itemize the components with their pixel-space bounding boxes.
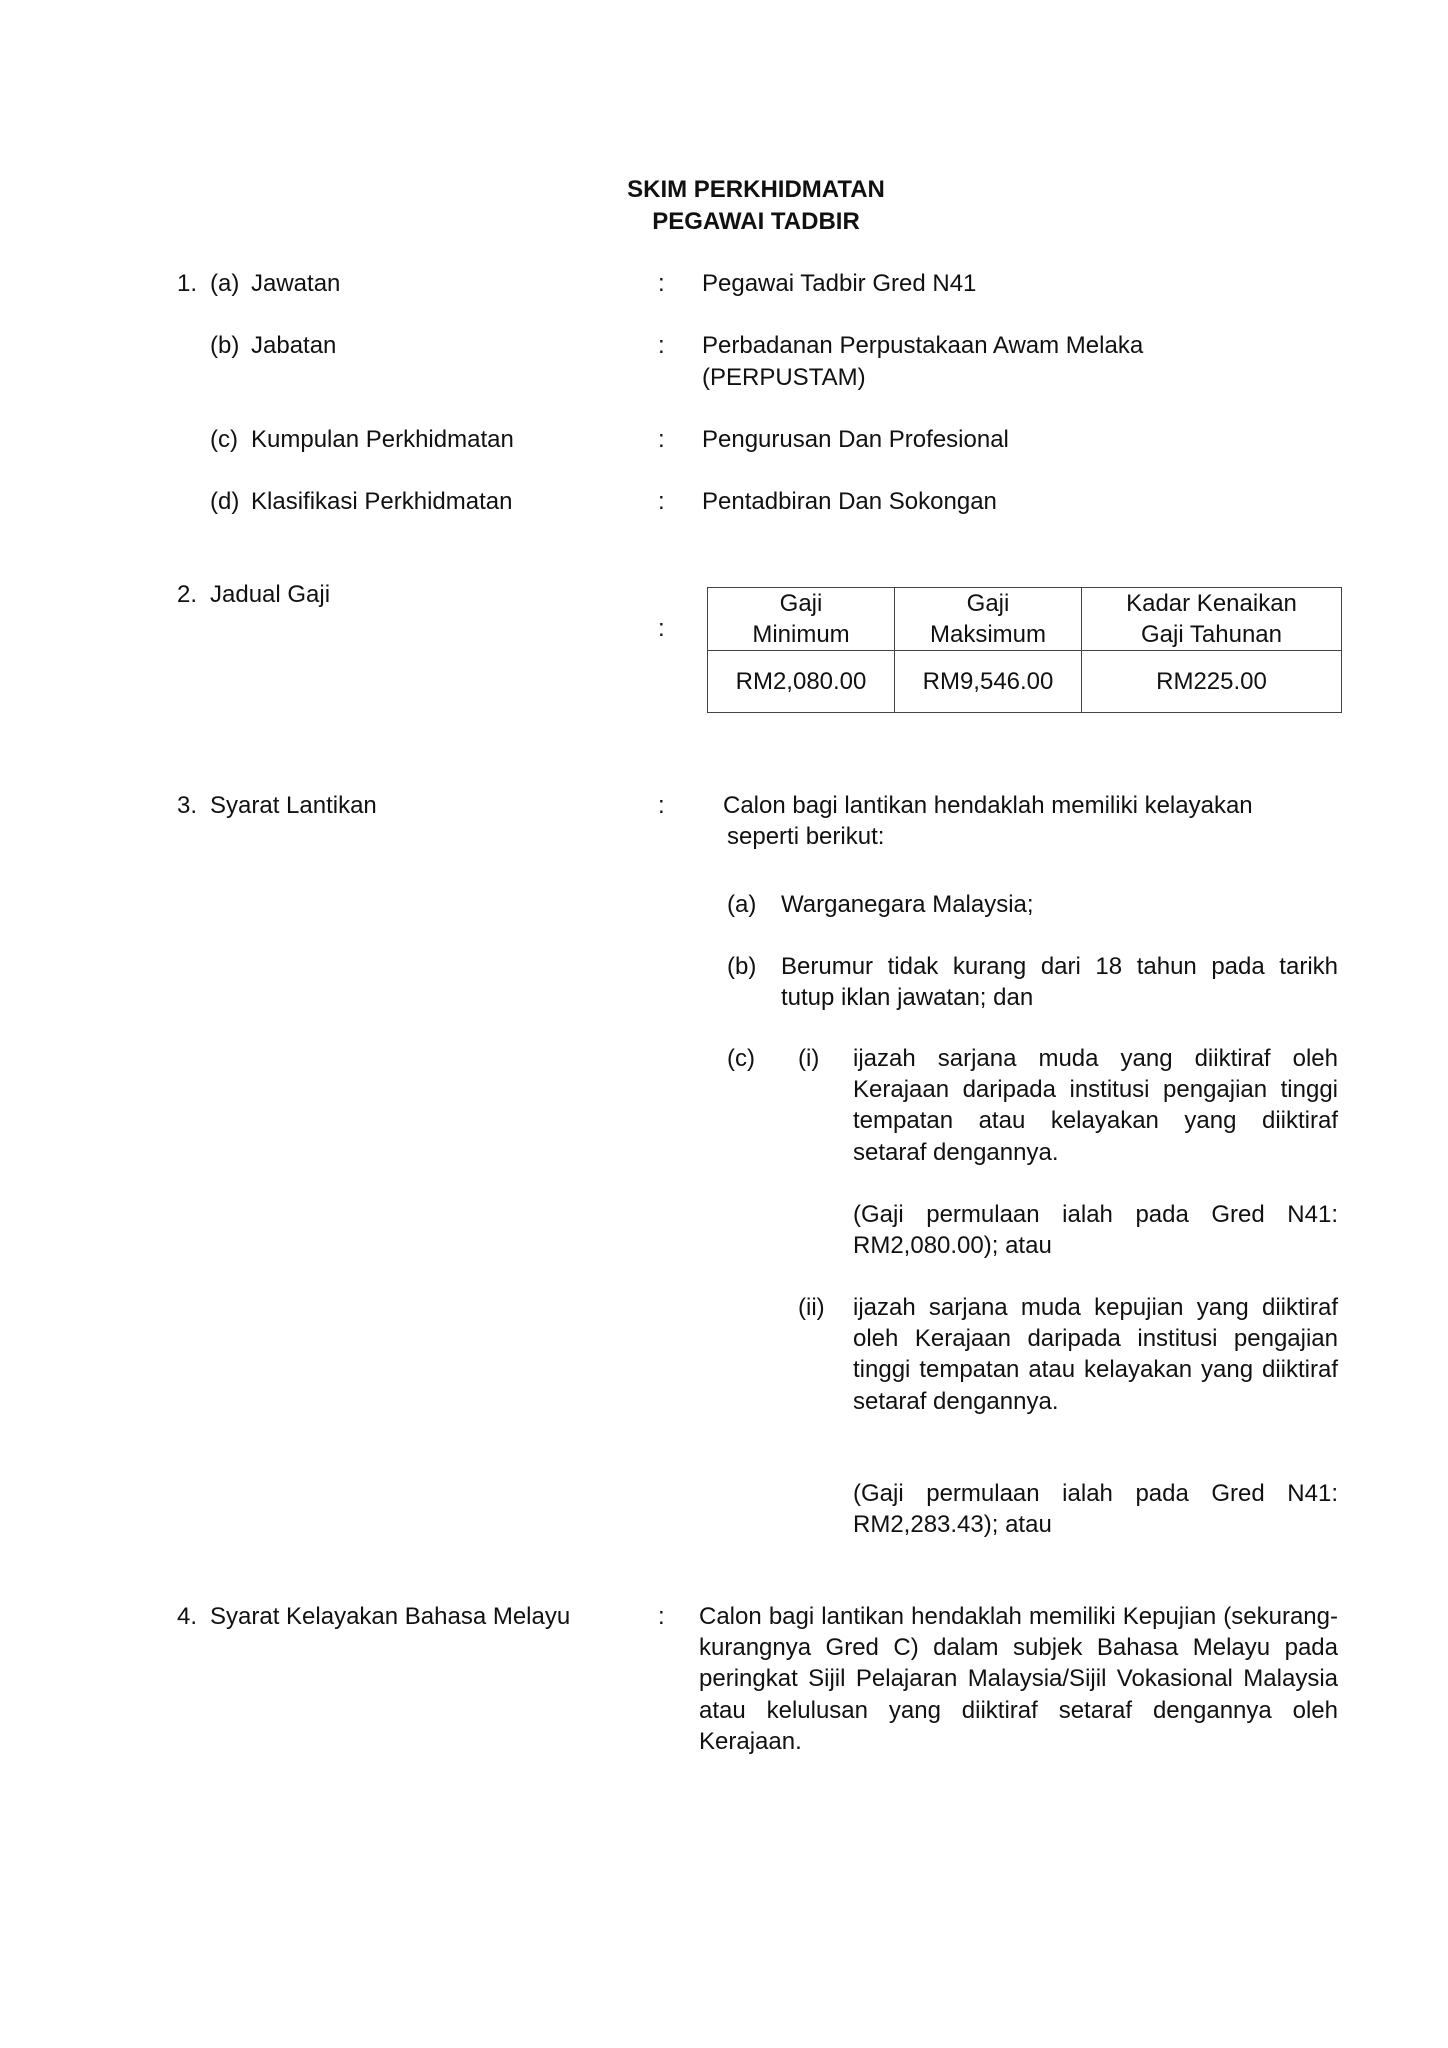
field-label-jabatan: Jabatan	[251, 330, 336, 362]
salary-note-c-ii: (Gaji permulaan ialah pada Gred N41: RM2…	[853, 1478, 1338, 1540]
section-number: 4.	[177, 1601, 197, 1633]
field-value-jawatan: Pegawai Tadbir Gred N41	[702, 268, 976, 300]
item-marker: (c)	[210, 424, 238, 456]
field-value-jabatan-line2: (PERPUSTAM)	[702, 362, 866, 394]
sub-item-marker: (i)	[798, 1043, 819, 1075]
section-label-syarat-lantikan: Syarat Lantikan	[210, 790, 377, 822]
header-text: Gaji	[780, 590, 823, 617]
colon: :	[658, 1601, 665, 1633]
item-marker: (b)	[210, 330, 239, 362]
intro-line2: seperti berikut:	[727, 821, 884, 853]
document-title-line2: PEGAWAI TADBIR	[0, 206, 1448, 238]
colon: :	[658, 486, 665, 518]
colon: :	[658, 790, 665, 822]
item-marker: (c)	[727, 1043, 755, 1075]
field-label-jawatan: Jawatan	[251, 268, 340, 300]
item-marker: (a)	[210, 268, 239, 300]
cell-gaji-maksimum: RM9,546.00	[895, 651, 1082, 713]
header-gaji-maksimum: Gaji Maksimum	[895, 588, 1082, 651]
header-text: Gaji Tahunan	[1141, 621, 1282, 648]
sub-item-marker: (ii)	[798, 1292, 825, 1324]
section-number: 1.	[177, 268, 197, 300]
item-marker: (a)	[727, 889, 756, 921]
colon: :	[658, 268, 665, 300]
header-text: Maksimum	[930, 621, 1046, 648]
cell-kadar-kenaikan: RM225.00	[1082, 651, 1342, 713]
header-text: Minimum	[752, 621, 849, 648]
field-value-klasifikasi: Pentadbiran Dan Sokongan	[702, 486, 997, 518]
header-kadar-kenaikan: Kadar Kenaikan Gaji Tahunan	[1082, 588, 1342, 651]
colon: :	[658, 330, 665, 362]
field-label-klasifikasi: Klasifikasi Perkhidmatan	[251, 486, 512, 518]
document-title-line1: SKIM PERKHIDMATAN	[0, 174, 1448, 206]
requirement-a: Warganegara Malaysia;	[781, 889, 1034, 921]
item-marker: (d)	[210, 486, 239, 518]
header-text: Kadar Kenaikan	[1126, 590, 1297, 617]
section-number: 2.	[177, 579, 197, 611]
table-header-row: Gaji Minimum Gaji Maksimum Kadar Kenaika…	[708, 588, 1342, 651]
salary-note-c-i: (Gaji permulaan ialah pada Gred N41: RM2…	[853, 1199, 1338, 1261]
section-label-bahasa-melayu: Syarat Kelayakan Bahasa Melayu	[210, 1601, 570, 1633]
section-number: 3.	[177, 790, 197, 822]
header-text: Gaji	[967, 590, 1010, 617]
field-value-kumpulan: Pengurusan Dan Profesional	[702, 424, 1009, 456]
field-label-kumpulan: Kumpulan Perkhidmatan	[251, 424, 514, 456]
requirement-c-i: ijazah sarjana muda yang diiktiraf oleh …	[853, 1043, 1338, 1168]
header-gaji-minimum: Gaji Minimum	[708, 588, 895, 651]
item-marker: (b)	[727, 951, 756, 983]
colon: :	[658, 613, 665, 645]
table-row: RM2,080.00 RM9,546.00 RM225.00	[708, 651, 1342, 713]
bahasa-melayu-requirement: Calon bagi lantikan hendaklah memiliki K…	[699, 1601, 1338, 1757]
section-label-jadual-gaji: Jadual Gaji	[210, 579, 330, 611]
cell-gaji-minimum: RM2,080.00	[708, 651, 895, 713]
requirement-c-ii: ijazah sarjana muda kepujian yang diikti…	[853, 1292, 1338, 1417]
intro-line1: Calon bagi lantikan hendaklah memiliki k…	[723, 790, 1253, 822]
requirement-b: Berumur tidak kurang dari 18 tahun pada …	[781, 951, 1338, 1013]
field-value-jabatan: Perbadanan Perpustakaan Awam Melaka	[702, 330, 1143, 362]
salary-table: Gaji Minimum Gaji Maksimum Kadar Kenaika…	[707, 587, 1342, 713]
colon: :	[658, 424, 665, 456]
